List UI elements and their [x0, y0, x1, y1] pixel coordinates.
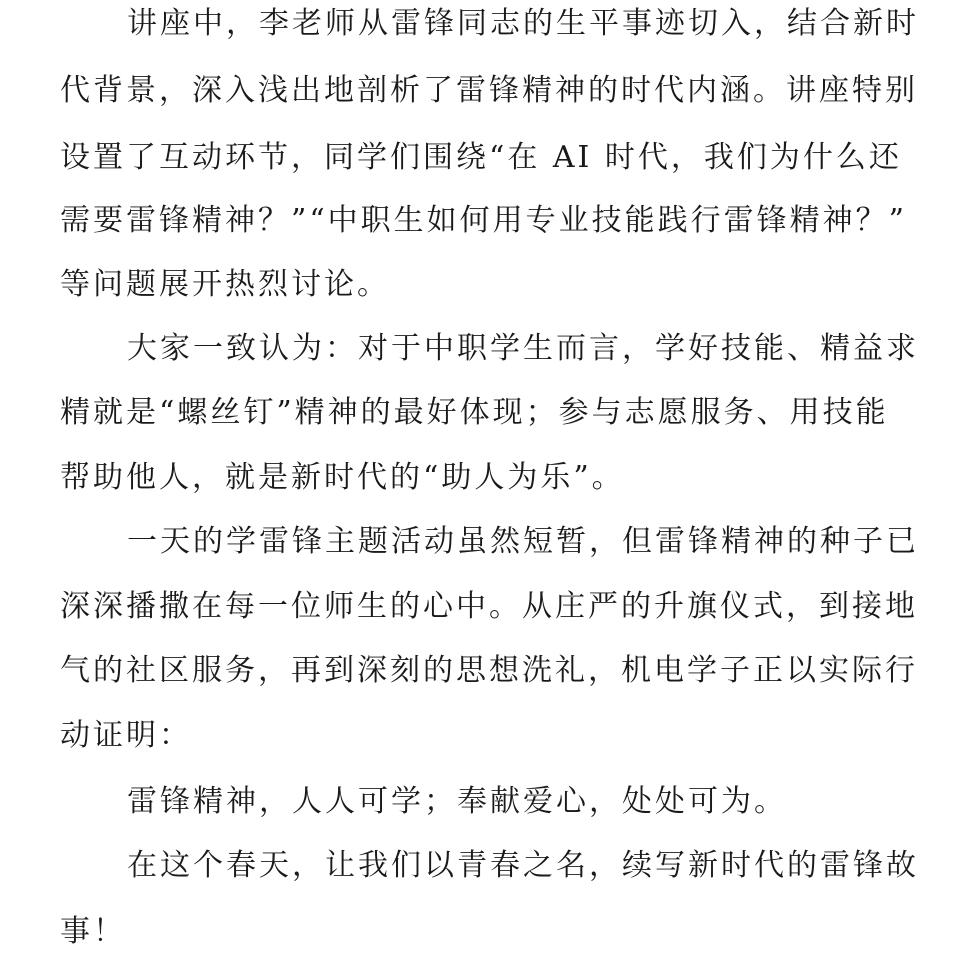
paragraph-2-line-2: 精就是“螺丝钉”精神的最好体现；参与志愿服务、用技能 [60, 393, 889, 433]
paragraph-1-line-5: 等问题展开热烈讨论。 [60, 265, 390, 305]
paragraph-3-line-3: 气的社区服务，再到深刻的思想洗礼，机电学子正以实际行 [60, 651, 918, 691]
paragraph-1-line-2: 代背景，深入浅出地剖析了雷锋精神的时代内涵。讲座特别 [60, 71, 918, 111]
paragraph-5-line-2: 事！ [60, 912, 126, 952]
paragraph-2-line-1: 大家一致认为：对于中职学生而言，学好技能、精益求 [127, 329, 919, 369]
paragraph-1-line-1: 讲座中，李老师从雷锋同志的生平事迹切入，结合新时 [127, 4, 919, 44]
paragraph-3-line-1: 一天的学雷锋主题活动虽然短暂，但雷锋精神的种子已 [127, 522, 919, 562]
document-page: 讲座中，李老师从雷锋同志的生平事迹切入，结合新时 代背景，深入浅出地剖析了雷锋精… [0, 0, 980, 957]
paragraph-4-line-1: 雷锋精神，人人可学；奉献爱心，处处可为。 [127, 782, 787, 822]
paragraph-3-line-2: 深深播撒在每一位师生的心中。从庄严的升旗仪式，到接地 [60, 587, 918, 627]
paragraph-2-line-3: 帮助他人，就是新时代的“助人为乐”。 [60, 458, 625, 498]
paragraph-3-line-4: 动证明： [60, 716, 192, 756]
paragraph-5-line-1: 在这个春天，让我们以青春之名，续写新时代的雷锋故 [127, 846, 919, 886]
paragraph-1-line-3: 设置了互动环节，同学们围绕“在 AI 时代，我们为什么还 [60, 138, 902, 178]
paragraph-1-line-4: 需要雷锋精神？”“中职生如何用专业技能践行雷锋精神？” [60, 201, 907, 241]
